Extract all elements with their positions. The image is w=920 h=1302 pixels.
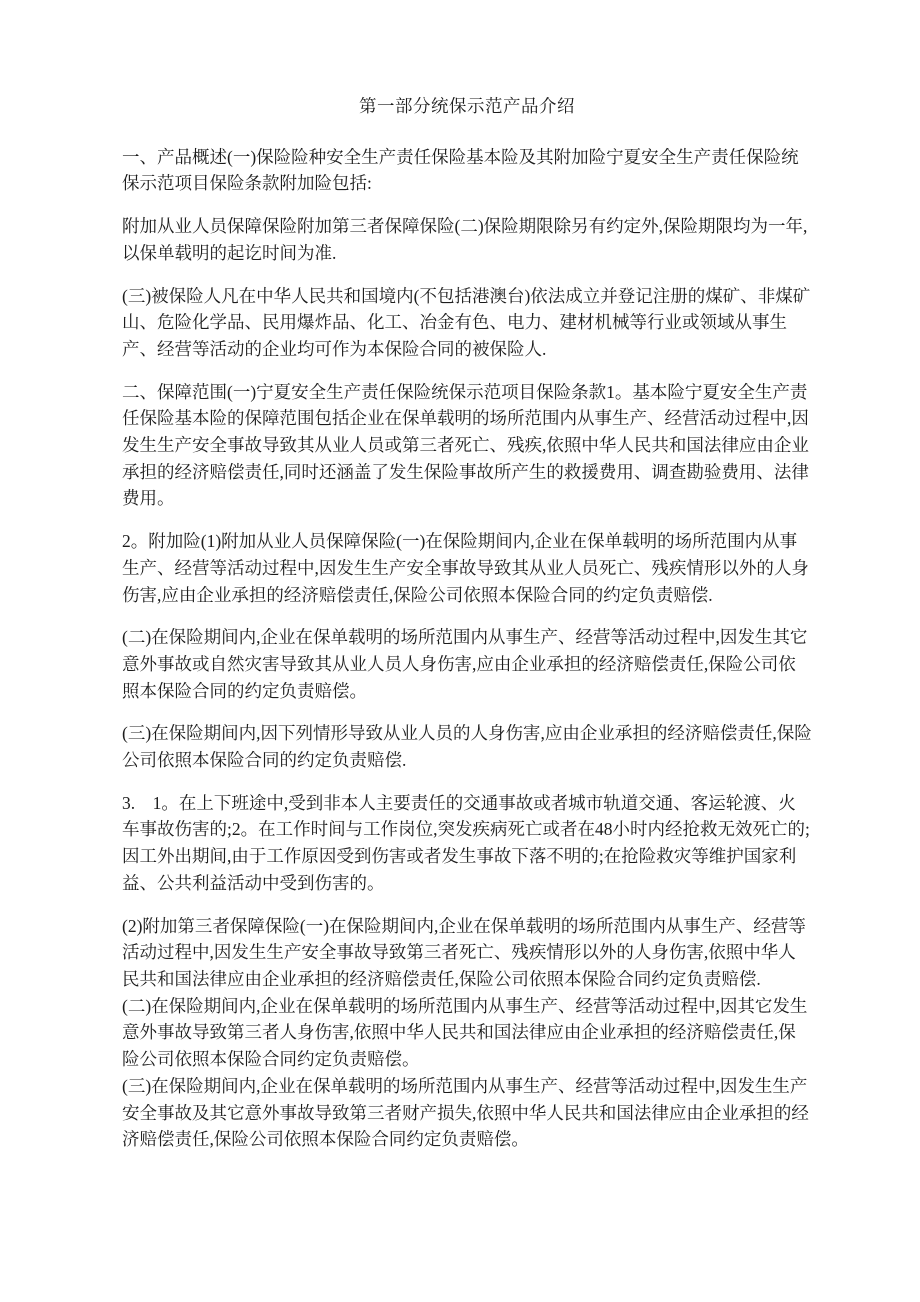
paragraph-commute-and-work-injury-items: 3. 1。在上下班途中,受到非本人主要责任的交通事故或者城市轨道交通、客运轮渡、…	[122, 790, 812, 897]
document-page: 第一部分统保示范产品介绍 一、产品概述(一)保险险种安全生产责任保险基本险及其附…	[0, 0, 920, 1302]
third-party-rider-group: (2)附加第三者保障保险(一)在保险期间内,企业在保单载明的场所范围内从事生产、…	[122, 913, 812, 1153]
paragraph-rider-employee-clause-3: (三)在保险期间内,因下列情形导致从业人员的人身伤害,应由企业承担的经济赔偿责任…	[122, 720, 812, 773]
paragraph-additional-coverage-and-term: 附加从业人员保障保险附加第三者保障保险(二)保险期限除另有约定外,保险期限均为一…	[122, 213, 812, 266]
paragraph-product-overview: 一、产品概述(一)保险险种安全生产责任保险基本险及其附加险宁夏安全生产责任保险统…	[122, 144, 812, 197]
paragraph-rider-employee-clause-2: (二)在保险期间内,企业在保单载明的场所范围内从事生产、经营等活动过程中,因发生…	[122, 624, 812, 704]
paragraph-third-party-clause-1: (2)附加第三者保障保险(一)在保险期间内,企业在保单载明的场所范围内从事生产、…	[122, 913, 812, 993]
paragraph-coverage-basic: 二、保障范围(一)宁夏安全生产责任保险统保示范项目保险条款1。基本险宁夏安全生产…	[122, 379, 812, 513]
paragraph-insured-scope: (三)被保险人凡在中华人民共和国境内(不包括港澳台)依法成立并登记注册的煤矿、非…	[122, 283, 812, 363]
document-title: 第一部分统保示范产品介绍	[122, 93, 812, 120]
paragraph-rider-employee-clause-1: 2。附加险(1)附加从业人员保障保险(一)在保险期间内,企业在保单载明的场所范围…	[122, 528, 812, 608]
paragraph-third-party-clause-2: (二)在保险期间内,企业在保单载明的场所范围内从事生产、经营等活动过程中,因其它…	[122, 993, 812, 1073]
paragraph-third-party-clause-3: (三)在保险期间内,企业在保单载明的场所范围内从事生产、经营等活动过程中,因发生…	[122, 1073, 812, 1153]
